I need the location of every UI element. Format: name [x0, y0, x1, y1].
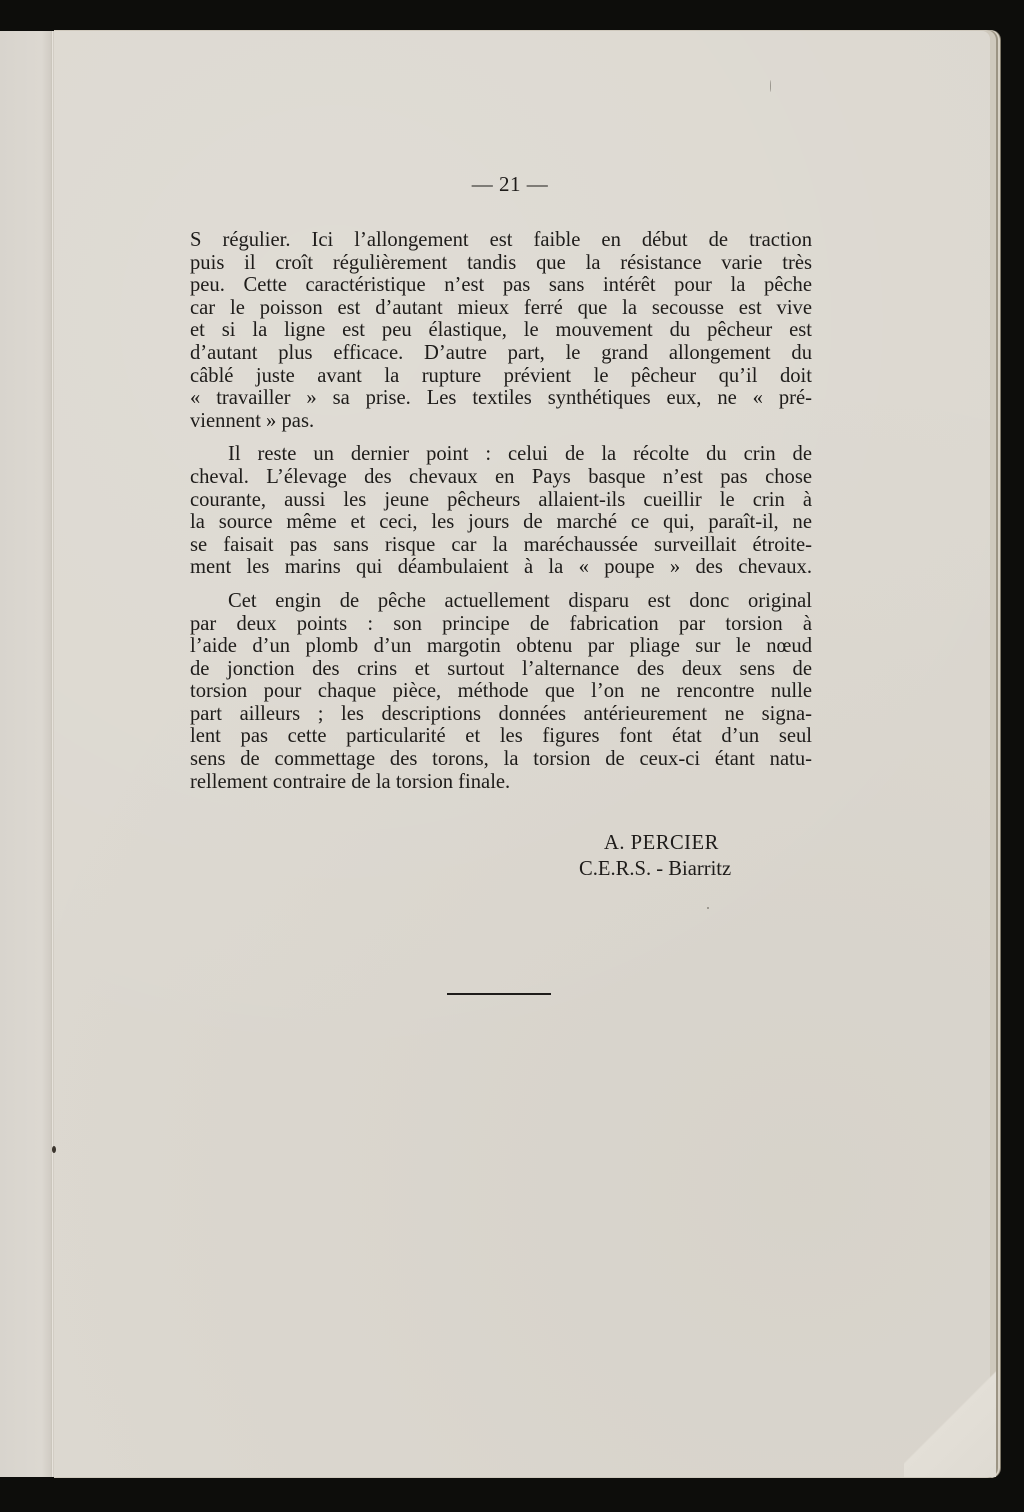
text-line: se faisait pas sans risque car la maréch… — [190, 534, 812, 557]
paper-speck — [707, 907, 709, 909]
folded-page-corner — [904, 1360, 996, 1477]
text-line: l’aide d’un plomb d’un margotin obtenu p… — [190, 635, 812, 658]
body-text: S régulier. Ici l’allongement est faible… — [190, 229, 812, 793]
text-line: d’autant plus efficace. D’autre part, le… — [190, 342, 812, 365]
text-line: S régulier. Ici l’allongement est faible… — [190, 229, 812, 252]
text-line: viennent » pas. — [190, 410, 812, 433]
text-line: part ailleurs ; les descriptions données… — [190, 703, 812, 726]
paragraph-1: S régulier. Ici l’allongement est faible… — [190, 229, 812, 432]
author-affiliation: C.E.R.S. - Biarritz — [579, 856, 731, 882]
page-number: — 21 — — [190, 172, 830, 197]
paper-mark — [770, 80, 771, 92]
book-gutter — [51, 31, 54, 1477]
paper-speck — [52, 1146, 56, 1153]
text-line: câblé juste avant la rupture prévient le… — [190, 365, 812, 388]
text-line: car le poisson est d’autant mieux ferré … — [190, 297, 812, 320]
text-line: sens de commettage des torons, la torsio… — [190, 748, 812, 771]
end-of-article-rule — [447, 993, 551, 995]
left-facing-page-edge — [0, 31, 52, 1477]
text-line: et si la ligne est peu élastique, le mou… — [190, 319, 812, 342]
text-line: lent pas cette particularité et les figu… — [190, 725, 812, 748]
paragraph-3: Cet engin de pêche actuellement disparu … — [190, 590, 812, 793]
text-line: rellement contraire de la torsion finale… — [190, 771, 812, 794]
text-line: puis il croît régulièrement tandis que l… — [190, 252, 812, 275]
paragraph-2: Il reste un dernier point : celui de la … — [190, 443, 812, 579]
scanned-book-spread: — 21 — S régulier. Ici l’allongement est… — [0, 0, 1024, 1512]
text-line: « travailler » sa prise. Les textiles sy… — [190, 387, 812, 410]
text-line: Il reste un dernier point : celui de la … — [190, 443, 812, 466]
text-line: torsion pour chaque pièce, méthode que l… — [190, 680, 812, 703]
author-name: A. PERCIER — [604, 830, 719, 856]
text-line: cheval. L’élevage des chevaux en Pays ba… — [190, 466, 812, 489]
text-line: par deux points : son principe de fabric… — [190, 613, 812, 636]
text-line: Cet engin de pêche actuellement disparu … — [190, 590, 812, 613]
text-line: la source même et ceci, les jours de mar… — [190, 511, 812, 534]
text-line: ment les marins qui déambulaient à la « … — [190, 556, 812, 579]
text-line: de jonction des crins et surtout l’alter… — [190, 658, 812, 681]
text-line: courante, aussi les jeune pêcheurs allai… — [190, 489, 812, 512]
text-line: peu. Cette caractéristique n’est pas san… — [190, 274, 812, 297]
